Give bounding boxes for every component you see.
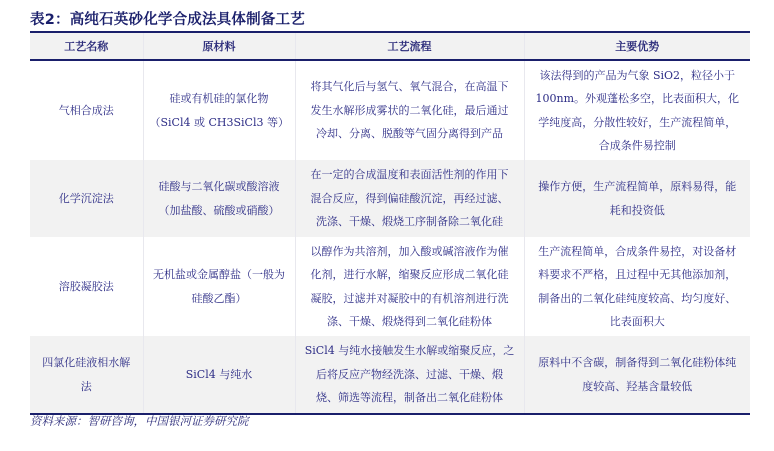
cell-line: 四氯化硅液相水解 xyxy=(36,351,137,375)
table-row: 溶胶凝胶法 无机盐或金属醇盐（一般为 硅酸乙酯） 以醇作为共溶剂，加入酸或碱溶液… xyxy=(30,237,750,336)
cell-line: 凝胶，过滤并对凝胶中的有机溶剂进行洗 xyxy=(302,287,518,311)
table-header-row: 工艺名称 原材料 工艺流程 主要优势 xyxy=(30,32,750,60)
process-table: 工艺名称 原材料 工艺流程 主要优势 气相合成法 硅或有机硅的氯化物 （SiCl… xyxy=(30,31,750,415)
cell-process-name: 溶胶凝胶法 xyxy=(30,237,143,336)
cell-line: 制备出的二氧化硅纯度较高、均匀度好、 xyxy=(531,287,745,311)
cell-line: 以醇作为共溶剂，加入酸或碱溶液作为催 xyxy=(302,240,518,264)
cell-raw-material: 无机盐或金属醇盐（一般为 硅酸乙酯） xyxy=(143,237,295,336)
cell-line: 度较高、羟基含量较低 xyxy=(531,375,745,399)
cell-process-flow: 将其气化后与氢气、氧气混合，在高温下 发生水解形成雾状的二氧化硅，最后通过 冷却… xyxy=(295,60,524,160)
cell-process-name: 气相合成法 xyxy=(30,60,143,160)
cell-line: 硅或有机硅的氯化物 xyxy=(150,87,289,111)
cell-line: 料要求不严格，且过程中无其他添加剂， xyxy=(531,263,745,287)
cell-process-flow: SiCl4 与纯水接触发生水解或缩聚反应，之 后将反应产物经洗涤、过滤、干燥、煅… xyxy=(295,336,524,414)
table-row: 气相合成法 硅或有机硅的氯化物 （SiCl4 或 CH3SiCl3 等） 将其气… xyxy=(30,60,750,160)
table-row: 化学沉淀法 硅酸与二氧化碳或酸溶液 （加盐酸、硫酸或硝酸） 在一定的合成温度和表… xyxy=(30,160,750,237)
header-raw-material: 原材料 xyxy=(143,32,295,60)
cell-line: SiCl4 与纯水 xyxy=(150,363,289,387)
cell-line: 硅酸乙酯） xyxy=(150,287,289,311)
cell-process-flow: 以醇作为共溶剂，加入酸或碱溶液作为催 化剂，进行水解，缩聚反应形成二氧化硅 凝胶… xyxy=(295,237,524,336)
cell-line: 混合反应，得到偏硅酸沉淀，再经过滤、 xyxy=(302,187,518,211)
cell-raw-material: 硅酸与二氧化碳或酸溶液 （加盐酸、硫酸或硝酸） xyxy=(143,160,295,237)
cell-line: 溶胶凝胶法 xyxy=(36,275,137,299)
cell-line: 法 xyxy=(36,375,137,399)
cell-line: 将其气化后与氢气、氧气混合，在高温下 xyxy=(302,75,518,99)
cell-main-advantage: 生产流程简单，合成条件易控，对设备材 料要求不严格，且过程中无其他添加剂， 制备… xyxy=(524,237,750,336)
cell-process-name: 化学沉淀法 xyxy=(30,160,143,237)
cell-line: 生产流程简单，合成条件易控，对设备材 xyxy=(531,240,745,264)
cell-line: 比表面积大 xyxy=(531,310,745,334)
cell-raw-material: 硅或有机硅的氯化物 （SiCl4 或 CH3SiCl3 等） xyxy=(143,60,295,160)
cell-line: SiCl4 与纯水接触发生水解或缩聚反应，之 xyxy=(302,339,518,363)
header-main-advantage: 主要优势 xyxy=(524,32,750,60)
cell-line: 洗涤、干燥、煅烧工序制备除二氧化硅 xyxy=(302,210,518,234)
cell-line: 硅酸与二氧化碳或酸溶液 xyxy=(150,175,289,199)
cell-main-advantage: 该法得到的产品为气象 SiO2，粒径小于 100nm。外观蓬松多空，比表面积大，… xyxy=(524,60,750,160)
cell-line: 气相合成法 xyxy=(36,99,137,123)
cell-line: 该法得到的产品为气象 SiO2，粒径小于 xyxy=(531,64,745,88)
cell-line: （加盐酸、硫酸或硝酸） xyxy=(150,199,289,223)
cell-line: 操作方便，生产流程简单，原料易得，能 xyxy=(531,175,745,199)
cell-raw-material: SiCl4 与纯水 xyxy=(143,336,295,414)
cell-line: 发生水解形成雾状的二氧化硅，最后通过 xyxy=(302,99,518,123)
cell-line: 耗和投资低 xyxy=(531,199,745,223)
cell-main-advantage: 原料中不含碳，制备得到二氧化硅粉体纯 度较高、羟基含量较低 xyxy=(524,336,750,414)
cell-line: 烧、筛选等流程，制备出二氧化硅粉体 xyxy=(302,386,518,410)
cell-line: 100nm。外观蓬松多空，比表面积大，化 xyxy=(531,87,745,111)
cell-line: 后将反应产物经洗涤、过滤、干燥、煅 xyxy=(302,363,518,387)
cell-line: 合成条件易控制 xyxy=(531,134,745,158)
cell-main-advantage: 操作方便，生产流程简单，原料易得，能 耗和投资低 xyxy=(524,160,750,237)
cell-line: 涤、干燥、煅烧得到二氧化硅粉体 xyxy=(302,310,518,334)
cell-line: 化剂，进行水解，缩聚反应形成二氧化硅 xyxy=(302,263,518,287)
cell-line: 冷却、分离、脱酸等气固分离得到产品 xyxy=(302,122,518,146)
table-title: 表2：高纯石英砂化学合成法具体制备工艺 xyxy=(30,8,305,29)
cell-line: （SiCl4 或 CH3SiCl3 等） xyxy=(150,111,289,135)
cell-process-flow: 在一定的合成温度和表面活性剂的作用下 混合反应，得到偏硅酸沉淀，再经过滤、 洗涤… xyxy=(295,160,524,237)
cell-line: 无机盐或金属醇盐（一般为 xyxy=(150,263,289,287)
table-row: 四氯化硅液相水解 法 SiCl4 与纯水 SiCl4 与纯水接触发生水解或缩聚反… xyxy=(30,336,750,414)
header-process-name: 工艺名称 xyxy=(30,32,143,60)
cell-line: 学纯度高，分散性较好，生产流程简单， xyxy=(531,111,745,135)
source-note: 资料来源：智研咨询，中国银河证券研究院 xyxy=(30,413,249,429)
cell-line: 化学沉淀法 xyxy=(36,187,137,211)
cell-line: 原料中不含碳，制备得到二氧化硅粉体纯 xyxy=(531,351,745,375)
header-process-flow: 工艺流程 xyxy=(295,32,524,60)
cell-line: 在一定的合成温度和表面活性剂的作用下 xyxy=(302,163,518,187)
cell-process-name: 四氯化硅液相水解 法 xyxy=(30,336,143,414)
